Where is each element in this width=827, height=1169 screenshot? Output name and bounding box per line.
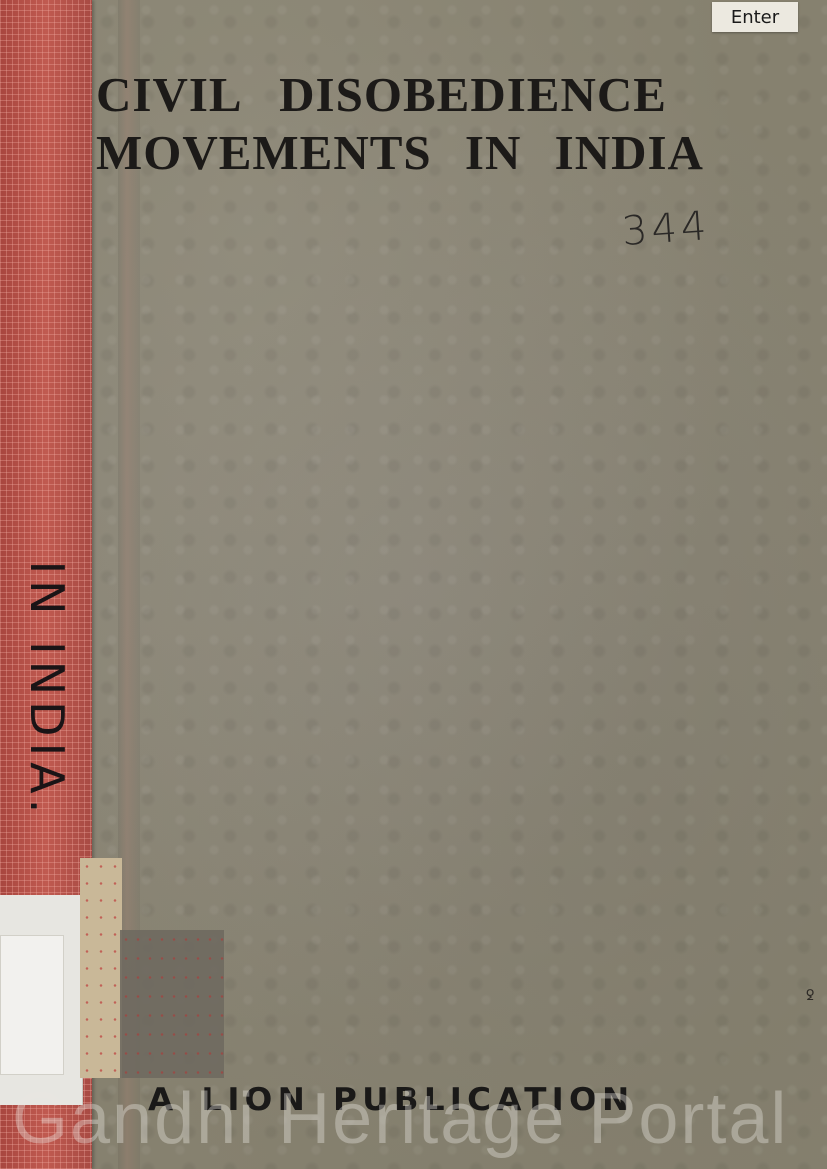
title-line-1: CIVIL DISOBEDIENCE [96,66,736,124]
enter-label[interactable]: Enter [712,2,798,32]
watermark: Gandhi Heritage Portal [12,1078,822,1160]
book-title: CIVIL DISOBEDIENCE MOVEMENTS IN INDIA [96,66,736,182]
small-ink-mark: ꝿ [806,986,814,1005]
beige-stamp-label [80,858,122,1078]
library-pocket-sticker [0,895,83,1105]
library-pocket [0,935,64,1075]
handwritten-catalog-number: 344 [621,203,712,255]
spine-handwritten-title: IN INDIA. [20,561,74,820]
book-cover: IN INDIA. CIVIL DISOBEDIENCE MOVEMENTS I… [0,0,827,1169]
title-line-2: MOVEMENTS IN INDIA [96,124,736,182]
grey-stamp-label [120,930,224,1078]
